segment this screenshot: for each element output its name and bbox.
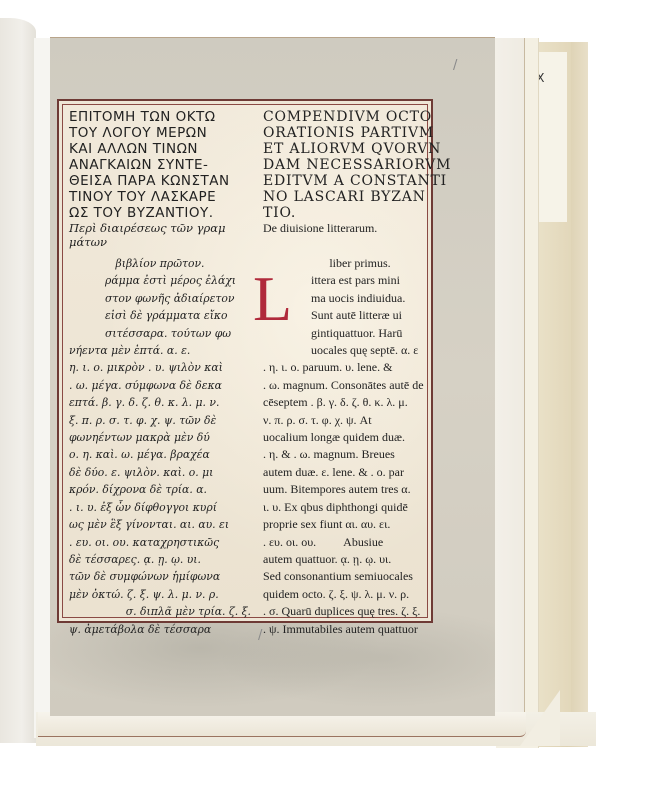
latin-book-title: liber primus. bbox=[263, 255, 427, 272]
latin-body-line: autem quattuor. ᾳ. ῃ. ῳ. υι. bbox=[263, 551, 427, 568]
greek-body-line: τῶν δὲ συμφώνων ἡμίφωνα bbox=[69, 568, 251, 585]
latin-heading-line: NO LASCARI BYZAN bbox=[263, 189, 427, 205]
latin-body-line: ma uocis indiuidua. bbox=[263, 290, 427, 307]
latin-body-line: uum. Bitempores autem tres α. bbox=[263, 481, 427, 498]
latin-body-line: Sed consonantium semiuocales bbox=[263, 568, 427, 585]
latin-body-line: cēseptem . β. γ. δ. ζ. θ. κ. λ. μ. bbox=[263, 394, 427, 411]
latin-body-line: ν. π. ρ. σ. τ. φ. χ. ψ. At bbox=[263, 412, 427, 429]
greek-body-line: ο. η. καὶ. ω. μέγα. βραχέα bbox=[69, 446, 251, 463]
greek-body-line: ξ. π. ρ. σ. τ. φ. χ. ψ. τῶν δὲ bbox=[69, 412, 251, 429]
greek-heading-line: ΤΙΝΟΥ ΤΟΥ ΛΑΣΚΑΡΕ bbox=[69, 189, 251, 205]
folder-corner-fold bbox=[520, 690, 560, 746]
greek-heading-line: ΩΣ ΤΟΥ ΒΥΖΑΝΤΙΟΥ. bbox=[69, 205, 251, 221]
greek-body-line: η. ι. ο. μικρὸν . υ. ψιλὸν καὶ bbox=[69, 359, 251, 376]
latin-body-line: quidem octo. ζ. ξ. ψ. λ. μ. ν. ρ. bbox=[263, 586, 427, 603]
greek-body-line: στον φωνῆς ἀδιαίρετον bbox=[69, 290, 251, 307]
greek-body-line: σιτέσσαρα. τούτων φω bbox=[69, 325, 251, 342]
greek-heading-line: ΤΟΥ ΛΟΓΟΥ ΜΕΡΩΝ bbox=[69, 125, 251, 141]
greek-book-title: βιβλίον πρῶτον. bbox=[69, 255, 251, 272]
greek-body-line: ψ. ἀμετάβολα δὲ τέσσαρα bbox=[69, 621, 251, 638]
latin-heading-line: ET ALIORVM QVORVN bbox=[263, 141, 427, 157]
latin-body-line: . ω. magnum. Consonātes autē de bbox=[263, 377, 427, 394]
latin-heading-line: ORATIONIS PARTIVM bbox=[263, 125, 427, 141]
greek-body-line: δὲ τέσσαρες. ᾳ. ῃ. ῳ. υι. bbox=[69, 551, 251, 568]
greek-body-line: σ. διπλᾶ μὲν τρία. ζ. ξ. bbox=[69, 603, 251, 620]
greek-body-line: . ευ. οι. ου. καταχρηστικῶς bbox=[69, 534, 251, 551]
latin-heading-line: COMPENDIVM OCTO bbox=[263, 109, 427, 125]
latin-subheading: De diuisione litterarum. bbox=[263, 221, 427, 235]
latin-body-line: autem duæ. ε. lene. & . ο. par bbox=[263, 464, 427, 481]
greek-subheading-line: μάτων bbox=[69, 235, 251, 249]
latin-body-line: . ψ. Immutabiles autem quattuor bbox=[263, 621, 427, 638]
latin-body-line: . σ. Quarū duplices quę tres. ζ. ξ. bbox=[263, 603, 427, 620]
latin-heading-line: TIO. bbox=[263, 205, 427, 221]
greek-body-line: μὲν ὀκτώ. ζ. ξ. ψ. λ. μ. ν. ρ. bbox=[69, 586, 251, 603]
greek-heading-line: ΚΑΙ ΑΛΛΩΝ ΤΙΝΩΝ bbox=[69, 141, 251, 157]
greek-body-line: ως μὲν ἓξ γίνονται. αι. αυ. ει bbox=[69, 516, 251, 533]
greek-heading-line: ΑΝΑΓΚΑΙΩΝ ΣΥΝΤΕ- bbox=[69, 157, 251, 173]
latin-heading-line: DAM NECESSARIORVM bbox=[263, 157, 427, 173]
latin-body-line: ittera est pars mini bbox=[263, 272, 427, 289]
greek-body-line: εἰσὶ δὲ γράμματα εἴκο bbox=[69, 307, 251, 324]
greek-body-line: φωνηέντων μακρὰ μὲν δύ bbox=[69, 429, 251, 446]
pencil-mark-corner: / bbox=[453, 58, 457, 73]
greek-heading-line: ΘΕΙΣΑ ΠΑΡΑ ΚΩΝΣΤΑΝ bbox=[69, 173, 251, 189]
text-block: ΕΠΙΤΟΜΗ ΤΩΝ ΟΚΤΩ ΤΟΥ ΛΟΓΟΥ ΜΕΡΩΝ ΚΑΙ ΑΛΛ… bbox=[62, 104, 428, 618]
latin-heading-line: EDITVM A CONSTANTI bbox=[263, 173, 427, 189]
text-frame: ΕΠΙΤΟΜΗ ΤΩΝ ΟΚΤΩ ΤΟΥ ΛΟΓΟΥ ΜΕΡΩΝ ΚΑΙ ΑΛΛ… bbox=[57, 99, 433, 623]
left-book-page bbox=[0, 18, 36, 743]
latin-body-line: ι. υ. Ex qbus diphthongi quidē bbox=[263, 499, 427, 516]
latin-body-line: . ευ. οι. ου. Abusiue bbox=[263, 534, 427, 551]
greek-heading-line: ΕΠΙΤΟΜΗ ΤΩΝ ΟΚΤΩ bbox=[69, 109, 251, 125]
greek-column: ΕΠΙΤΟΜΗ ΤΩΝ ΟΚΤΩ ΤΟΥ ΛΟΓΟΥ ΜΕΡΩΝ ΚΑΙ ΑΛΛ… bbox=[69, 109, 251, 638]
greek-body-line: ράμμα ἐστὶ μέρος ἐλάχι bbox=[69, 272, 251, 289]
latin-body-line: gintiquattuor. Harū bbox=[263, 325, 427, 342]
greek-body-line: επτά. β. γ. δ. ζ. θ. κ. λ. μ. ν. bbox=[69, 394, 251, 411]
greek-body-line: δὲ δύο. ε. ψιλὸν. καὶ. ο. μι bbox=[69, 464, 251, 481]
greek-body-line: νήεντα μὲν ἑπτά. α. ε. bbox=[69, 342, 251, 359]
pencil-mark-bottom: / bbox=[258, 628, 262, 643]
latin-body-line: Sunt autē litteræ ui bbox=[263, 307, 427, 324]
latin-body-line: . η. ι. ο. paruum. υ. lene. & bbox=[263, 359, 427, 376]
greek-body-line: . ι. υ. ἐξ ὧν δίφθογγοι κυρί bbox=[69, 499, 251, 516]
latin-body-line: . η. & . ω. magnum. Breues bbox=[263, 446, 427, 463]
greek-body-line: . ω. μέγα. σύμφωνα δὲ δεκα bbox=[69, 377, 251, 394]
greek-body-line: κρόν. δίχρονα δὲ τρία. α. bbox=[69, 481, 251, 498]
greek-subheading-line: Περὶ διαιρέσεως τῶν γραμ bbox=[69, 221, 251, 235]
latin-column: COMPENDIVM OCTO ORATIONIS PARTIVM ET ALI… bbox=[263, 109, 427, 638]
latin-body-line: uocales quę septē. α. ε bbox=[263, 342, 427, 359]
latin-body-line: proprie sex fiunt αι. αυ. ει. bbox=[263, 516, 427, 533]
latin-body-line: uocalium longæ quidem duæ. bbox=[263, 429, 427, 446]
